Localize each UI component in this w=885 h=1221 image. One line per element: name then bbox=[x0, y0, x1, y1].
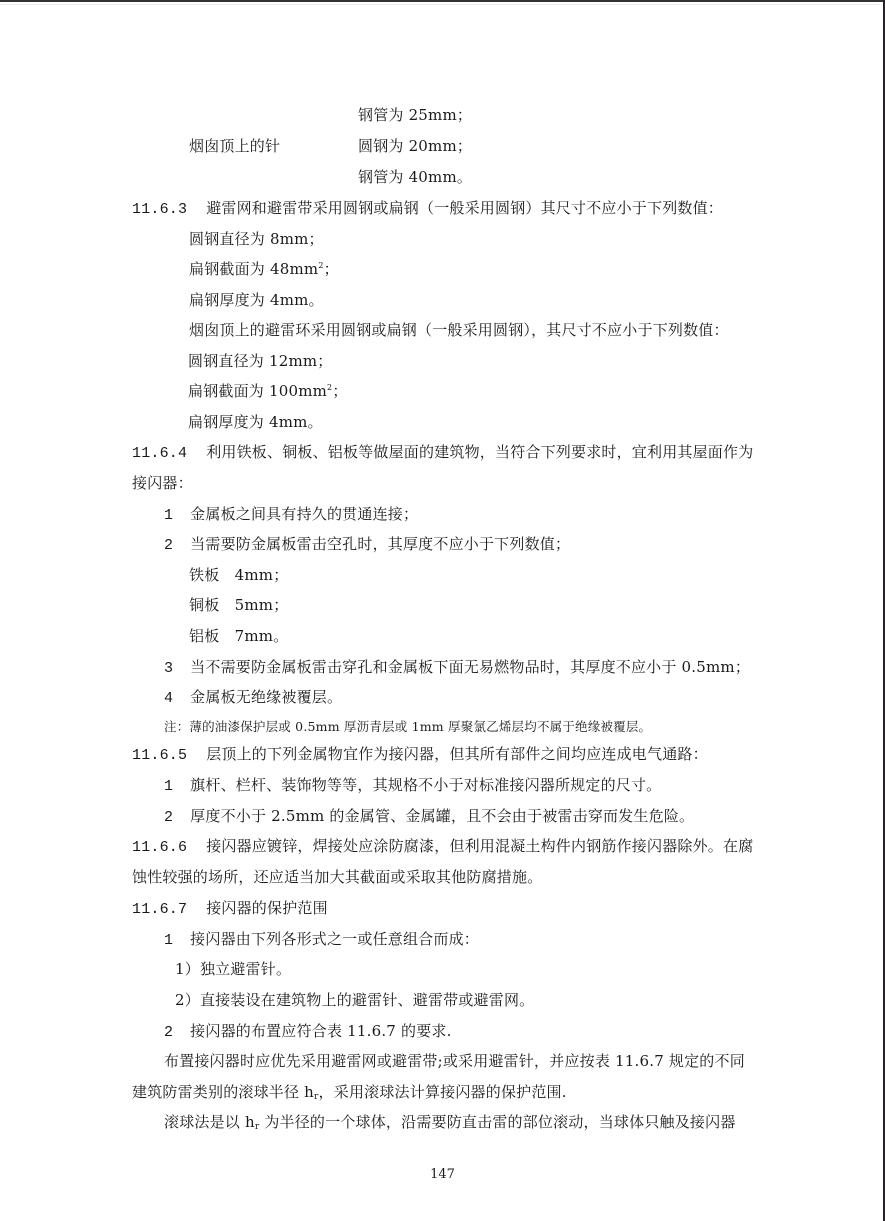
section-number: 11.6.4 bbox=[132, 445, 187, 462]
list-text: 厚度不小于 2.5mm 的金属管、金属罐，且不会由于被雷击穿而发生危险。 bbox=[190, 807, 694, 825]
document-page: 钢管为 25mm； 烟囱顶上的针 圆钢为 20mm； 钢管为 40mm。 11.… bbox=[0, 0, 885, 1221]
text-line: 烟囱顶上的避雷环采用圆钢或扁钢（一般采用圆钢），其尺寸不应小于下列数值： bbox=[189, 320, 729, 340]
list-item: 4 金属板无绝缘被覆层。 bbox=[164, 687, 342, 709]
list-item: 2 当需要防金属板雷击空孔时，其厚度不应小于下列数值； bbox=[164, 534, 570, 556]
list-item: 1 旗杆、栏杆、装饰物等等，其规格不小于对标准接闪器所规定的尺寸。 bbox=[164, 775, 661, 797]
text-line: 圆钢直径为 12mm； bbox=[188, 351, 333, 371]
text-line: 扁钢截面为 48mm2； bbox=[189, 259, 339, 279]
text-span: 为半径的一个球体，沿需要防直击雷的部位滚动，当球体只触及接闪器 bbox=[259, 1113, 735, 1131]
text-line: 接闪器： bbox=[132, 473, 193, 493]
list-text: 当需要防金属板雷击空孔时，其厚度不应小于下列数值； bbox=[190, 535, 570, 553]
paragraph-line: 滚球法是以 hr 为半径的一个球体，沿需要防直击雷的部位滚动，当球体只触及接闪器 bbox=[164, 1112, 736, 1132]
section-text: 层顶上的下列金属物宜作为接闪器，但其所有部件之间均应连成电气通路： bbox=[206, 745, 708, 763]
text-span: 建筑防雷类别的滚球半径 h bbox=[132, 1083, 314, 1101]
list-item: 1 接闪器由下列各形式之一或任意组合而成： bbox=[164, 929, 479, 951]
sub-list-item: 1）独立避雷针。 bbox=[175, 959, 291, 979]
text-span: ； bbox=[332, 382, 347, 400]
list-number: 1 bbox=[164, 507, 173, 524]
text-span: ； bbox=[324, 260, 339, 278]
list-item: 3 当不需要防金属板雷击穿孔和金属板下面无易燃物品时，其厚度不应小于 0.5mm… bbox=[164, 657, 750, 679]
paragraph-line: 布置接闪器时应优先采用避雷网或避雷带;或采用避雷针，并应按表 11.6.7 规定… bbox=[164, 1051, 745, 1071]
text-span: 扁钢截面为 100mm bbox=[188, 382, 327, 400]
section-number: 11.6.6 bbox=[132, 839, 187, 856]
section-number: 11.6.3 bbox=[132, 201, 187, 218]
section-11-6-3: 11.6.3 避雷网和避雷带采用圆钢或扁钢（一般采用圆钢）其尺寸不应小于下列数值… bbox=[132, 198, 723, 220]
text-line: 钢管为 40mm。 bbox=[358, 167, 472, 187]
section-number: 11.6.5 bbox=[132, 747, 187, 764]
text-label: 烟囱顶上的针 bbox=[189, 136, 280, 156]
list-number: 4 bbox=[164, 690, 173, 707]
list-text: 金属板无绝缘被覆层。 bbox=[190, 688, 342, 706]
text-line: 圆钢直径为 8mm； bbox=[189, 229, 324, 249]
list-text: 接闪器的布置应符合表 11.6.7 的要求. bbox=[190, 1022, 451, 1040]
text-line: 钢管为 25mm； bbox=[358, 105, 472, 125]
paragraph-line: 建筑防雷类别的滚球半径 hr，采用滚球法计算接闪器的保护范围. bbox=[132, 1082, 567, 1102]
section-11-6-5: 11.6.5 层顶上的下列金属物宜作为接闪器，但其所有部件之间均应连成电气通路： bbox=[132, 744, 708, 766]
list-text: 接闪器由下列各形式之一或任意组合而成： bbox=[190, 930, 479, 948]
section-text: 接闪器的保护范围 bbox=[206, 899, 328, 917]
list-number: 2 bbox=[164, 537, 173, 554]
text-line: 圆钢为 20mm； bbox=[358, 136, 472, 156]
list-number: 2 bbox=[164, 809, 173, 826]
list-item: 2 厚度不小于 2.5mm 的金属管、金属罐，且不会由于被雷击穿而发生危险。 bbox=[164, 806, 694, 828]
text-span: 扁钢截面为 48mm bbox=[189, 260, 318, 278]
text-line: 铝板 7mm。 bbox=[189, 626, 288, 646]
note: 注：薄的油漆保护层或 0.5mm 厚沥青层或 1mm 厚聚氯乙烯层均不属于绝缘被… bbox=[164, 717, 651, 737]
section-11-6-6: 11.6.6 接闪器应镀锌，焊接处应涂防腐漆，但利用混凝土构件内钢筋作接闪器除外… bbox=[132, 836, 753, 858]
list-text: 旗杆、栏杆、装饰物等等，其规格不小于对标准接闪器所规定的尺寸。 bbox=[190, 776, 661, 794]
text-line: 扁钢厚度为 4mm。 bbox=[189, 290, 324, 310]
text-line: 铜板 5mm； bbox=[189, 595, 288, 615]
text-line: 铁板 4mm； bbox=[189, 565, 288, 585]
page-number: 147 bbox=[0, 1167, 885, 1182]
section-11-6-7: 11.6.7 接闪器的保护范围 bbox=[132, 898, 328, 920]
list-number: 2 bbox=[164, 1024, 173, 1041]
page-top-border bbox=[0, 0, 885, 2]
section-11-6-4: 11.6.4 利用铁板、铜板、铝板等做屋面的建筑物，当符合下列要求时，宜利用其屋… bbox=[132, 442, 753, 464]
section-text: 避雷网和避雷带采用圆钢或扁钢（一般采用圆钢）其尺寸不应小于下列数值： bbox=[206, 199, 723, 217]
text-line: 扁钢截面为 100mm2； bbox=[188, 381, 348, 401]
list-item: 1 金属板之间具有持久的贯通连接； bbox=[164, 504, 418, 526]
text-line: 扁钢厚度为 4mm。 bbox=[188, 412, 323, 432]
list-text: 金属板之间具有持久的贯通连接； bbox=[190, 505, 418, 523]
list-number: 1 bbox=[164, 932, 173, 949]
text-span: ，采用滚球法计算接闪器的保护范围. bbox=[319, 1083, 567, 1101]
section-number: 11.6.7 bbox=[132, 901, 187, 918]
section-text: 利用铁板、铜板、铝板等做屋面的建筑物，当符合下列要求时，宜利用其屋面作为 bbox=[206, 443, 753, 461]
text-span: 滚球法是以 h bbox=[164, 1113, 255, 1131]
sub-list-item: 2）直接装设在建筑物上的避雷针、避雷带或避雷网。 bbox=[175, 990, 534, 1010]
list-item: 2 接闪器的布置应符合表 11.6.7 的要求. bbox=[164, 1021, 452, 1043]
list-number: 1 bbox=[164, 778, 173, 795]
text-line: 蚀性较强的场所，还应适当加大其截面或采取其他防腐措施。 bbox=[132, 867, 542, 887]
list-number: 3 bbox=[164, 660, 173, 677]
list-text: 当不需要防金属板雷击穿孔和金属板下面无易燃物品时，其厚度不应小于 0.5mm； bbox=[190, 658, 750, 676]
page-top-border-shadow bbox=[0, 4, 880, 5]
section-text: 接闪器应镀锌，焊接处应涂防腐漆，但利用混凝土构件内钢筋作接闪器除外。在腐 bbox=[206, 837, 753, 855]
